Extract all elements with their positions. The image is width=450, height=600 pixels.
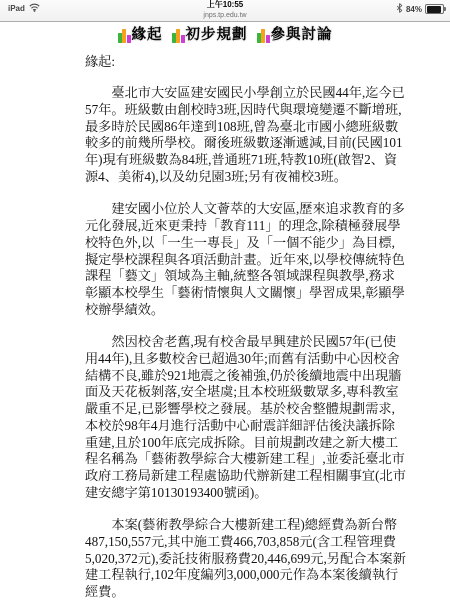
battery-fill: [427, 6, 441, 13]
bar-chart-icon: [172, 29, 185, 43]
nav-item-label: 參與討論: [271, 28, 333, 43]
nav-item-label: 初步規劃: [186, 28, 248, 43]
document-body: 緣起: 臺北市大安區建安國民小學創立於民國44年,迄今已57年。班級數由創校時3…: [0, 43, 450, 600]
bar-chart-icon: [257, 29, 270, 43]
nav-item-join-discussion[interactable]: 參與討論: [257, 28, 333, 43]
nav-item-origin[interactable]: 緣起: [118, 28, 163, 43]
address-readout[interactable]: 上午10:55 jnps.tp.edu.tw: [0, 1, 450, 19]
page-nav: 緣起 初步規劃 參與討論: [0, 28, 450, 43]
section-heading: 緣起:: [85, 54, 406, 71]
status-bar: iPad 上午10:55 jnps.tp.edu.tw 84%: [0, 0, 450, 22]
nav-item-label: 緣起: [132, 28, 163, 43]
paragraph-project-budget: 本案(藝術教學綜合大樓新建工程)總經費為新台幣487,150,557元,其中施工…: [85, 517, 406, 600]
battery-nub: [444, 7, 446, 11]
battery-icon: [425, 4, 444, 14]
battery-percent-label: 84%: [406, 5, 422, 14]
paragraph-building-condition: 然因校舍老舊,現有校舍最早興建於民國57年(已使用44年),且多數校舍已超過30…: [85, 334, 406, 501]
url-label: jnps.tp.edu.tw: [0, 12, 450, 19]
nav-item-preliminary-planning[interactable]: 初步規劃: [172, 28, 248, 43]
paragraph-education-philosophy: 建安國小位於人文薈萃的大安區,歷來追求教育的多元化發展,近來更秉持「教育111」…: [85, 201, 406, 318]
bar-chart-icon: [118, 29, 131, 43]
paragraph-school-history: 臺北市大安區建安國民小學創立於民國44年,迄今已57年。班級數由創校時3班,因時…: [85, 85, 406, 185]
ipad-safari-screen: iPad 上午10:55 jnps.tp.edu.tw 84%: [0, 0, 450, 600]
clock-label: 上午10:55: [0, 1, 450, 9]
status-right: 84%: [396, 3, 444, 15]
bluetooth-icon: [396, 3, 403, 15]
